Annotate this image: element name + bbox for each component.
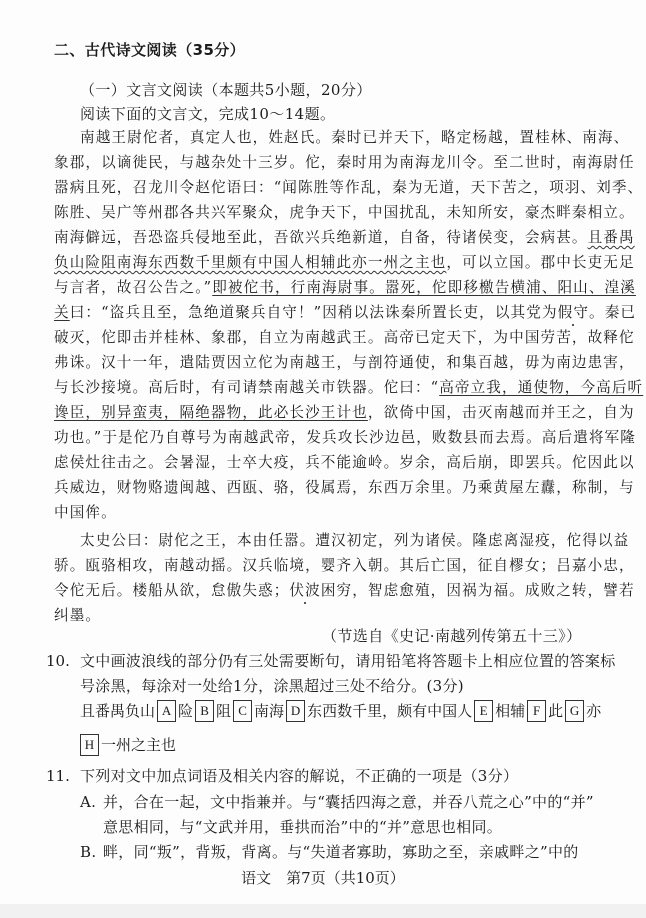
comment-line: 骄。瓯骆相攻，南越动摇。汉兵临境，婴齐入朝。其后亡国，征自樛女；吕嘉小忠， [54, 556, 606, 576]
answer-box-h[interactable]: H [80, 734, 99, 756]
passage-text: 破灭，佗即击并桂林、象郡，自立为南越武王。高帝已定天下，为中国劳苦，故释佗 [54, 329, 635, 346]
comment-line: 太史公曰：尉佗之王，本由任嚣。遭汉初定，列为诸侯。隆虑离湿疫，佗得以益 [80, 531, 606, 551]
answer-box-g[interactable]: G [565, 700, 584, 722]
wavy-underlined-text: 且番禺 [588, 229, 635, 246]
segment-text: 相辅 [495, 700, 525, 722]
segment-text: 此 [548, 700, 563, 722]
answer-box-f[interactable]: F [527, 700, 546, 722]
passage-line: 功也。”于是佗乃自尊号为南越武帝，发兵攻长沙边邑，败数县而去焉。高后遣将军隆 [54, 428, 606, 448]
comment-text: 困穷，智虑愈殖，因祸为福。成败之转，譬若 [321, 582, 635, 599]
passage-line: 关曰：“盗兵且至，急绝道聚兵自守！”因稍以法诛秦所置长吏，以其党为假守。秦已 [54, 303, 606, 323]
passage-line: 陈胜、吴广等州郡各共兴军聚众，虎争天下，中国扰乱，未知所安，豪杰畔秦相立。 [54, 203, 606, 223]
passage-text: 功也。”于是佗乃自尊号为南越武帝，发兵攻长沙边邑，败数县而去焉。高后遣将军隆 [54, 429, 636, 446]
passage-text: 南海僻远，吾恐盗兵侵地至此，吾欲兴兵绝新道，自备，待诸侯变，会病甚。 [54, 229, 588, 246]
answer-box-a[interactable]: A [157, 700, 176, 722]
passage-text: 中国侔。 [54, 504, 117, 521]
passage-text: 曰：“盗兵且至，急绝道聚兵自守！”因稍以法诛秦所置长吏，以其党为 [70, 304, 558, 321]
wavy-underlined-text: 负山险阻南海东西数千里颇有中国人相辅此亦一州之主也 [54, 254, 446, 271]
passage-line: 与言者，故召公告之。”即被佗书，行南海尉事。嚣死，佗即移檄告横浦、阳山、湟溪 [54, 278, 606, 298]
comment-text: 纠墨。 [54, 607, 101, 624]
underlined-text: 即被佗书，行南海尉事。嚣死，佗即移檄告横浦、阳山、湟溪 [212, 279, 636, 296]
comment-text: 骄。瓯骆相攻，南越动摇。汉兵临境，婴齐入朝。其后亡国，征自樛女；吕嘉小忠， [54, 557, 635, 574]
answer-box-d[interactable]: D [286, 700, 305, 722]
passage-line: 象郡，以谪徙民，与越杂处十三岁。佗，秦时用为南海龙川令。至二世时，南海尉任 [54, 153, 606, 173]
option-label-a: A. [80, 792, 96, 812]
passage-text: 南越王尉佗者，真定人也，姓赵氏。秦时已并天下，略定杨越，置桂林、南海、 [80, 129, 629, 146]
passage-line: 与长沙接境。高后时，有司请禁南越关市铁器。佗曰：“高帝立我，通使物，今高后听 [54, 378, 606, 398]
option-label-b: B. [80, 842, 96, 862]
segment-text: 亦 [586, 700, 601, 722]
dotted-word: 假守 [558, 304, 589, 321]
subsection-title: （一）文言文阅读（本题共5小题，20分） [80, 80, 372, 100]
passage-text: ，欲倚中国，击灭南越而并王之，自为 [368, 404, 635, 421]
passage-text: 。秦已 [589, 304, 636, 321]
sentence-break-row: 且番禺负山 A 险 B 阻 C 南海 D 东西数千里，颇有中国人 E 相辅 F … [80, 700, 601, 722]
comment-line: 令佗无后。楼船从欲，怠傲失惑；伏波困穷，智虑愈殖，因祸为福。成败之转，譬若 [54, 581, 606, 601]
passage-line: 负山险阻南海东西数千里颇有中国人相辅此亦一州之主也，可以立国。郡中长吏无足 [54, 253, 606, 273]
segment-text: 阻 [216, 700, 231, 722]
passage-text: ，可以立国。郡中长吏无足 [446, 254, 634, 271]
section-title: 二、古代诗文阅读（35分） [54, 40, 245, 60]
passage-line: 南越王尉佗者，真定人也，姓赵氏。秦时已并天下，略定杨越，置桂林、南海、 [80, 128, 606, 148]
underlined-text: 谗臣，别异蛮夷，隔绝器物，此必长沙王计也 [54, 404, 368, 421]
segment-text: 一州之主也 [101, 734, 176, 756]
comment-text: 太史公曰：尉佗之王，本由任嚣。遭汉初定，列为诸侯。隆虑离湿疫，佗得以益 [80, 532, 629, 549]
segment-text: 且番禺负山 [80, 700, 155, 722]
passage-line: 南海僻远，吾恐盗兵侵地至此，吾欲兴兵绝新道，自备，待诸侯变，会病甚。且番禺 [54, 228, 606, 248]
comment-text: 令佗无后。楼船从欲，怠傲失惑； [54, 582, 289, 599]
underlined-text: 关 [54, 304, 70, 321]
passage-line: 兵威边，财物赂遗闽越、西瓯、骆，役属焉，东西万余里。乃乘黄屋左纛，称制，与 [54, 478, 606, 498]
segment-text: 南海 [254, 700, 284, 722]
passage-text: 象郡，以谪徙民，与越杂处十三岁。佗，秦时用为南海龙川令。至二世时，南海尉任 [54, 154, 635, 171]
segment-text: 险 [178, 700, 193, 722]
passage-line: 破灭，佗即击并桂林、象郡，自立为南越武王。高帝已定天下，为中国劳苦，故释佗 [54, 328, 606, 348]
instruction: 阅读下面的文言文，完成10～14题。 [80, 104, 335, 124]
passage-line: 中国侔。 [54, 503, 606, 523]
passage-text: 兵威边，财物赂遗闽越、西瓯、骆，役属焉，东西万余里。乃乘黄屋左纛，称制，与 [54, 479, 635, 496]
passage-text: 陈胜、吴广等州郡各共兴军聚众，虎争天下，中国扰乱，未知所安，豪杰畔秦相立。 [54, 204, 635, 221]
passage-text: 与言者，故召公告之。” [54, 279, 212, 296]
passage-line: 谗臣，别异蛮夷，隔绝器物，此必长沙王计也，欲倚中国，击灭南越而并王之，自为 [54, 403, 606, 423]
underlined-text: 高帝立我，通使物，今高后听 [439, 379, 643, 396]
passage-text: 弗诛。汉十一年，遣陆贾因立佗为南越王，与剖符通使，和集百越，毋为南边患害， [54, 354, 635, 371]
answer-box-b[interactable]: B [195, 700, 214, 722]
passage-line: 弗诛。汉十一年，遣陆贾因立佗为南越王，与剖符通使，和集百越，毋为南边患害， [54, 353, 606, 373]
sentence-break-row: H 一州之主也 [78, 734, 176, 756]
option-a-text: 意思相同，与“文武并用，垂拱而治”中的“并”意思也相同。 [103, 817, 502, 837]
passage-text: 虑侯灶往击之。会暑湿，士卒大疫，兵不能逾岭。岁余，高后崩，即罢兵。佗因此以 [54, 454, 635, 471]
page-footer: 语文 第7页（共10页） [0, 867, 646, 888]
exam-page: 二、古代诗文阅读（35分） （一）文言文阅读（本题共5小题，20分） 阅读下面的… [0, 0, 646, 904]
bottom-strip [0, 904, 646, 918]
segment-text: 东西数千里，颇有中国人 [307, 700, 472, 722]
question-text: 下列对文中加点词语及相关内容的解说，不正确的一项是（3分） [80, 766, 518, 786]
passage-text: 与长沙接境。高后时，有司请禁南越关市铁器。佗曰：“ [54, 379, 439, 396]
answer-box-e[interactable]: E [474, 700, 493, 722]
answer-box-c[interactable]: C [233, 700, 252, 722]
option-a-text: 并，合在一起，文中指兼并。与“囊括四海之意，并吞八荒之心”中的“并” [103, 792, 594, 812]
passage-text: 嚣病且死，召龙川令赵佗语曰：“闻陈胜等作乱，秦为无道，天下苦之，项羽、刘季、 [54, 179, 643, 196]
option-b-text: 畔，同“叛”，背叛，背离。与“失道者寡助，寡助之至，亲戚畔之”中的 [103, 842, 579, 862]
comment-line: 纠墨。 [54, 606, 606, 626]
question-number: 10. [46, 651, 70, 671]
question-text: 号涂黑，每涂对一处给1分，涂黑超过三处不给分。(3分) [80, 676, 464, 696]
dotted-word: 伏波 [289, 582, 320, 599]
passage-line: 虑侯灶往击之。会暑湿，士卒大疫，兵不能逾岭。岁余，高后崩，即罢兵。佗因此以 [54, 453, 606, 473]
source-citation: （节选自《史记·南越列传第五十三》） [322, 626, 581, 646]
question-number: 11. [46, 766, 70, 786]
passage-line: 嚣病且死，召龙川令赵佗语曰：“闻陈胜等作乱，秦为无道，天下苦之，项羽、刘季、 [54, 178, 606, 198]
question-text: 文中画波浪线的部分仍有三处需要断句，请用铅笔将答题卡上相应位置的答案标 [80, 651, 616, 671]
